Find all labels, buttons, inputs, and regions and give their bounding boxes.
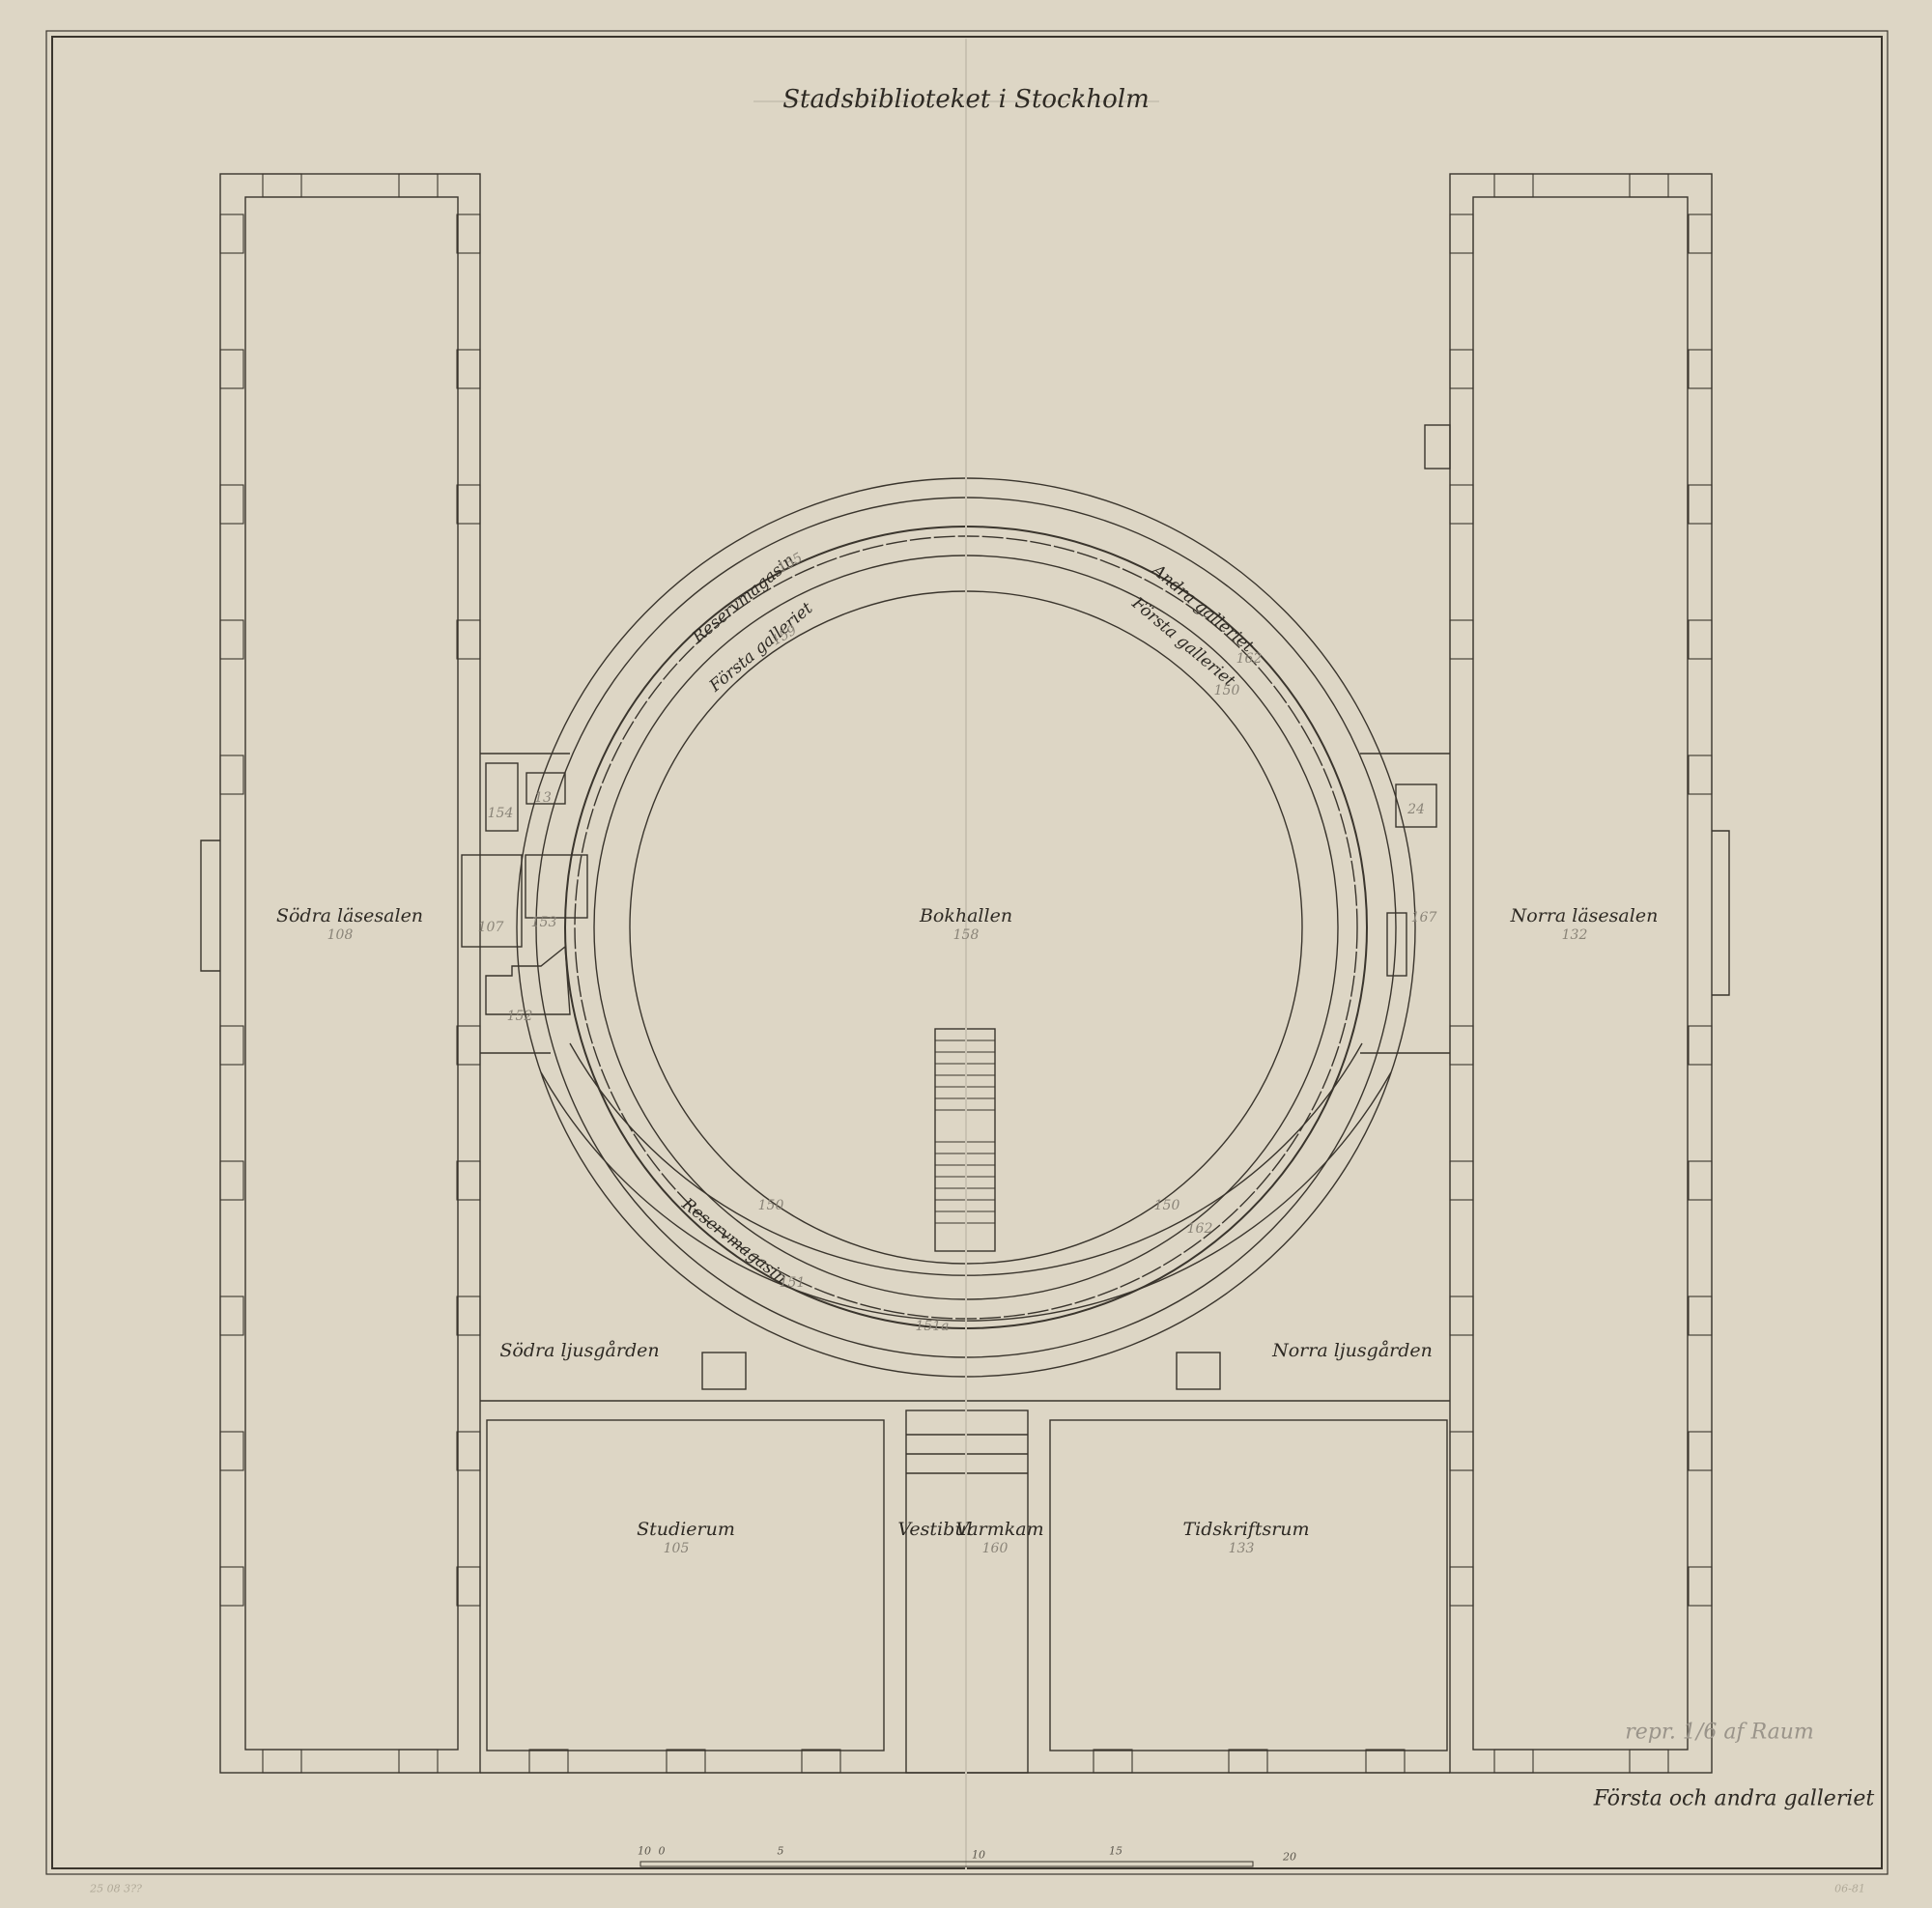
room-153-walls bbox=[526, 855, 587, 918]
scale-tick-label: 0 bbox=[659, 1845, 666, 1858]
room-number-152: 152 bbox=[507, 1009, 533, 1024]
floor-plan-drawing bbox=[0, 0, 1932, 1908]
tidskriftsrum-walls bbox=[1050, 1420, 1447, 1751]
room-number-150-lower-right: 150 bbox=[1154, 1198, 1180, 1213]
sheet-subtitle: Första och andra galleriet bbox=[1594, 1787, 1875, 1811]
room-number-133: 133 bbox=[1229, 1541, 1255, 1556]
scale-tick-label: 15 bbox=[1109, 1845, 1122, 1858]
room-number-160: 160 bbox=[982, 1541, 1009, 1556]
left-wing-inner bbox=[245, 197, 458, 1750]
left-lightwell bbox=[702, 1353, 746, 1389]
room-number-151: 151 bbox=[780, 1275, 806, 1291]
scale-tick-label: 20 bbox=[1283, 1851, 1296, 1864]
scale-bar bbox=[640, 1862, 1253, 1866]
room-label-tidskriftsrum: Tidskriftsrum bbox=[1182, 1519, 1309, 1540]
room-number-153: 153 bbox=[531, 915, 557, 930]
room-label-studierum: Studierum bbox=[637, 1519, 735, 1540]
scale-tick-label: 10 bbox=[638, 1845, 651, 1858]
edge-mark-left: 25 08 3?? bbox=[90, 1883, 142, 1895]
room-label-norra-lasesalen: Norra läsesalen bbox=[1511, 905, 1659, 926]
room-number-132: 132 bbox=[1562, 927, 1588, 943]
right-lightwell bbox=[1177, 1353, 1220, 1389]
room-number-105: 105 bbox=[664, 1541, 690, 1556]
room-number-151a: 151a bbox=[915, 1319, 949, 1334]
right-side-entrance bbox=[1712, 831, 1729, 995]
sheet-title: Stadsbiblioteket i Stockholm bbox=[782, 85, 1150, 114]
room-label-sodra-lasesalen: Södra läsesalen bbox=[276, 905, 423, 926]
scale-tick-label: 5 bbox=[778, 1845, 784, 1858]
scale-tick-label: 10 bbox=[972, 1849, 985, 1862]
room-number-13: 13 bbox=[534, 790, 552, 806]
left-side-entrance bbox=[201, 840, 220, 971]
floor-plan-sheet: Stadsbiblioteket i Stockholm Södra läses… bbox=[0, 0, 1932, 1908]
room-number-154: 154 bbox=[488, 806, 514, 821]
room-number-150-top: 150 bbox=[1214, 683, 1240, 698]
room-number-150-lower-left: 150 bbox=[758, 1198, 784, 1213]
studierum-walls bbox=[487, 1420, 884, 1751]
room-label-norra-ljusgarden: Norra ljusgården bbox=[1272, 1340, 1433, 1361]
room-152-walls bbox=[486, 947, 570, 1014]
room-label-sodra-ljusgarden: Södra ljusgården bbox=[499, 1340, 659, 1361]
right-wing-outer bbox=[1450, 174, 1712, 1773]
room-number-107: 107 bbox=[478, 920, 504, 935]
room-number-24: 24 bbox=[1407, 802, 1425, 817]
room-label-varmkam: Varmkam bbox=[955, 1519, 1043, 1540]
room-number-162-lower: 162 bbox=[1187, 1221, 1213, 1237]
room-number-162: 162 bbox=[1236, 651, 1263, 667]
room-number-108: 108 bbox=[327, 927, 354, 943]
room-number-167: 167 bbox=[1411, 910, 1437, 926]
pencil-note: repr. 1/6 af Raum bbox=[1625, 1721, 1814, 1745]
room-label-bokhallen: Bokhallen bbox=[920, 905, 1012, 926]
edge-mark-right: 06-81 bbox=[1834, 1883, 1865, 1895]
room-number-158: 158 bbox=[953, 927, 980, 943]
left-wing-outer bbox=[220, 174, 480, 1773]
right-wing-inner bbox=[1473, 197, 1688, 1750]
